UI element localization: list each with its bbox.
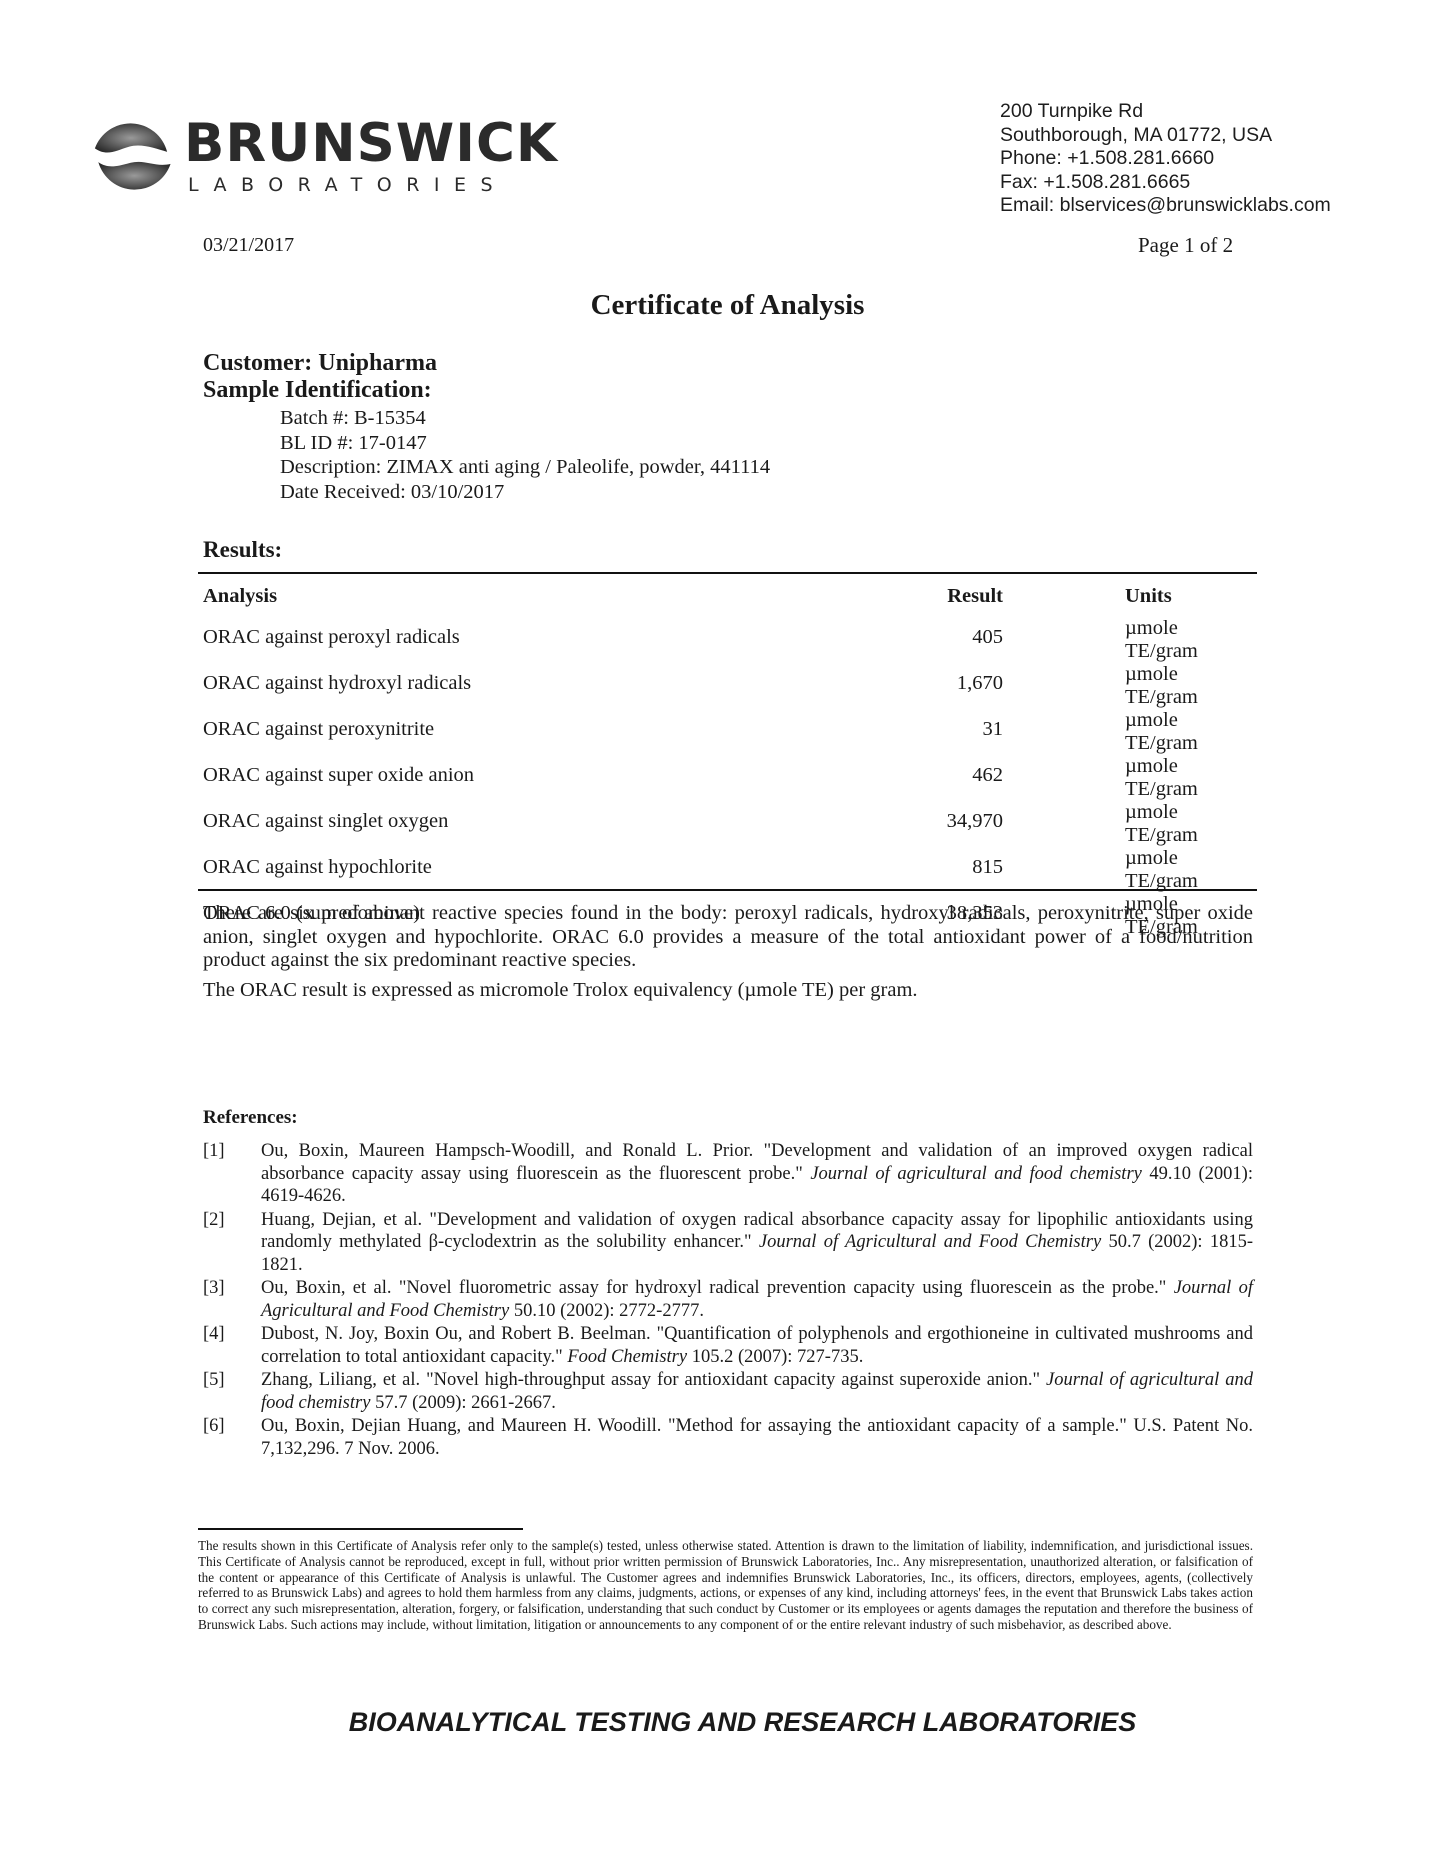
analysis-cell: ORAC against hydroxyl radicals [203,660,833,706]
table-row: ORAC against singlet oxygen34,970µmole T… [203,798,1253,844]
reference-number: [4] [203,1323,261,1368]
notes-paragraph-units: The ORAC result is expressed as micromol… [203,979,1253,1003]
footer-tagline: BIOANALYTICAL TESTING AND RESEARCH LABOR… [0,1707,1445,1738]
table-row: ORAC against peroxyl radicals405µmole TE… [203,614,1253,660]
reference-item: [6]Ou, Boxin, Dejian Huang, and Maureen … [203,1415,1253,1460]
address-phone: Phone: +1.508.281.6660 [1000,147,1331,171]
reference-number: [6] [203,1415,261,1460]
reference-journal: Journal of agricultural and food chemist… [810,1164,1142,1184]
table-header-row: Analysis Result Units [203,578,1253,614]
reference-citation: Huang, Dejian, et al. "Development and v… [261,1209,1253,1277]
column-header-analysis: Analysis [203,578,833,614]
reference-item: [4]Dubost, N. Joy, Boxin Ou, and Robert … [203,1323,1253,1368]
units-cell: µmole TE/gram [1003,801,1253,847]
reference-citation: Dubost, N. Joy, Boxin Ou, and Robert B. … [261,1323,1253,1368]
reference-journal: Food Chemistry [567,1347,687,1367]
notes-paragraph-species: There are six predominant reactive speci… [203,902,1253,973]
results-notes: There are six predominant reactive speci… [203,902,1253,1008]
address-city: Southborough, MA 01772, USA [1000,124,1331,148]
references-list: [1]Ou, Boxin, Maureen Hampsch-Woodill, a… [203,1140,1253,1461]
table-top-rule [198,572,1257,574]
footer-rule [198,1528,523,1530]
analysis-cell: ORAC against hypochlorite [203,844,833,890]
address-email: Email: blservices@brunswicklabs.com [1000,194,1331,218]
result-cell: 405 [833,614,1003,660]
units-cell: µmole TE/gram [1003,755,1253,801]
reference-citation: Ou, Boxin, et al. "Novel fluorometric as… [261,1277,1253,1322]
reference-item: [5]Zhang, Liliang, et al. "Novel high-th… [203,1369,1253,1414]
sample-identification-label: Sample Identification: [203,377,432,404]
references-heading: References: [203,1107,298,1129]
reference-journal: Journal of Agricultural and Food Chemist… [759,1232,1101,1252]
batch-number: Batch #: B-15354 [280,406,770,431]
page-number: Page 1 of 2 [1138,233,1233,258]
units-cell: µmole TE/gram [1003,709,1253,755]
reference-item: [3]Ou, Boxin, et al. "Novel fluorometric… [203,1277,1253,1322]
reference-item: [2]Huang, Dejian, et al. "Development an… [203,1209,1253,1277]
table-row: ORAC against peroxynitrite31µmole TE/gra… [203,706,1253,752]
brunswick-swirl-logo-icon [88,114,174,200]
table-row: ORAC against super oxide anion462µmole T… [203,752,1253,798]
results-heading: Results: [203,537,282,563]
result-cell: 1,670 [833,660,1003,706]
column-header-units: Units [1003,578,1253,614]
date-received: Date Received: 03/10/2017 [280,480,770,505]
units-cell: µmole TE/gram [1003,617,1253,663]
reference-citation: Ou, Boxin, Maureen Hampsch-Woodill, and … [261,1140,1253,1208]
analysis-cell: ORAC against singlet oxygen [203,798,833,844]
result-cell: 34,970 [833,798,1003,844]
logo-subtitle: LABORATORIES [188,174,507,196]
units-cell: µmole TE/gram [1003,663,1253,709]
address-fax: Fax: +1.508.281.6665 [1000,171,1331,195]
reference-number: [5] [203,1369,261,1414]
column-header-result: Result [833,578,1003,614]
table-row: ORAC against hydroxyl radicals1,670µmole… [203,660,1253,706]
table-row: ORAC against hypochlorite815µmole TE/gra… [203,844,1253,890]
result-cell: 815 [833,844,1003,890]
legal-disclaimer: The results shown in this Certificate of… [198,1538,1253,1633]
result-cell: 462 [833,752,1003,798]
analysis-cell: ORAC against peroxynitrite [203,706,833,752]
reference-citation: Zhang, Liliang, et al. "Novel high-throu… [261,1369,1253,1414]
reference-citation: Ou, Boxin, Dejian Huang, and Maureen H. … [261,1415,1253,1460]
table-bottom-rule [198,889,1257,891]
reference-number: [3] [203,1277,261,1322]
analysis-cell: ORAC against super oxide anion [203,752,833,798]
company-logo: BRUNSWICK LABORATORIES [88,108,528,198]
logo-wordmark: BRUNSWICK [184,116,558,172]
analysis-cell: ORAC against peroxyl radicals [203,614,833,660]
page-title: Certificate of Analysis [0,289,1445,322]
reference-number: [1] [203,1140,261,1208]
bl-id: BL ID #: 17-0147 [280,431,770,456]
results-table: Analysis Result Units ORAC against perox… [203,578,1253,936]
reference-number: [2] [203,1209,261,1277]
units-cell: µmole TE/gram [1003,847,1253,893]
result-cell: 31 [833,706,1003,752]
company-address: 200 Turnpike Rd Southborough, MA 01772, … [1000,100,1331,218]
reference-item: [1]Ou, Boxin, Maureen Hampsch-Woodill, a… [203,1140,1253,1208]
address-street: 200 Turnpike Rd [1000,100,1331,124]
customer-name: Customer: Unipharma [203,350,437,377]
sample-identification-fields: Batch #: B-15354 BL ID #: 17-0147 Descri… [280,406,770,504]
document-date: 03/21/2017 [203,234,294,257]
sample-description: Description: ZIMAX anti aging / Paleolif… [280,455,770,480]
